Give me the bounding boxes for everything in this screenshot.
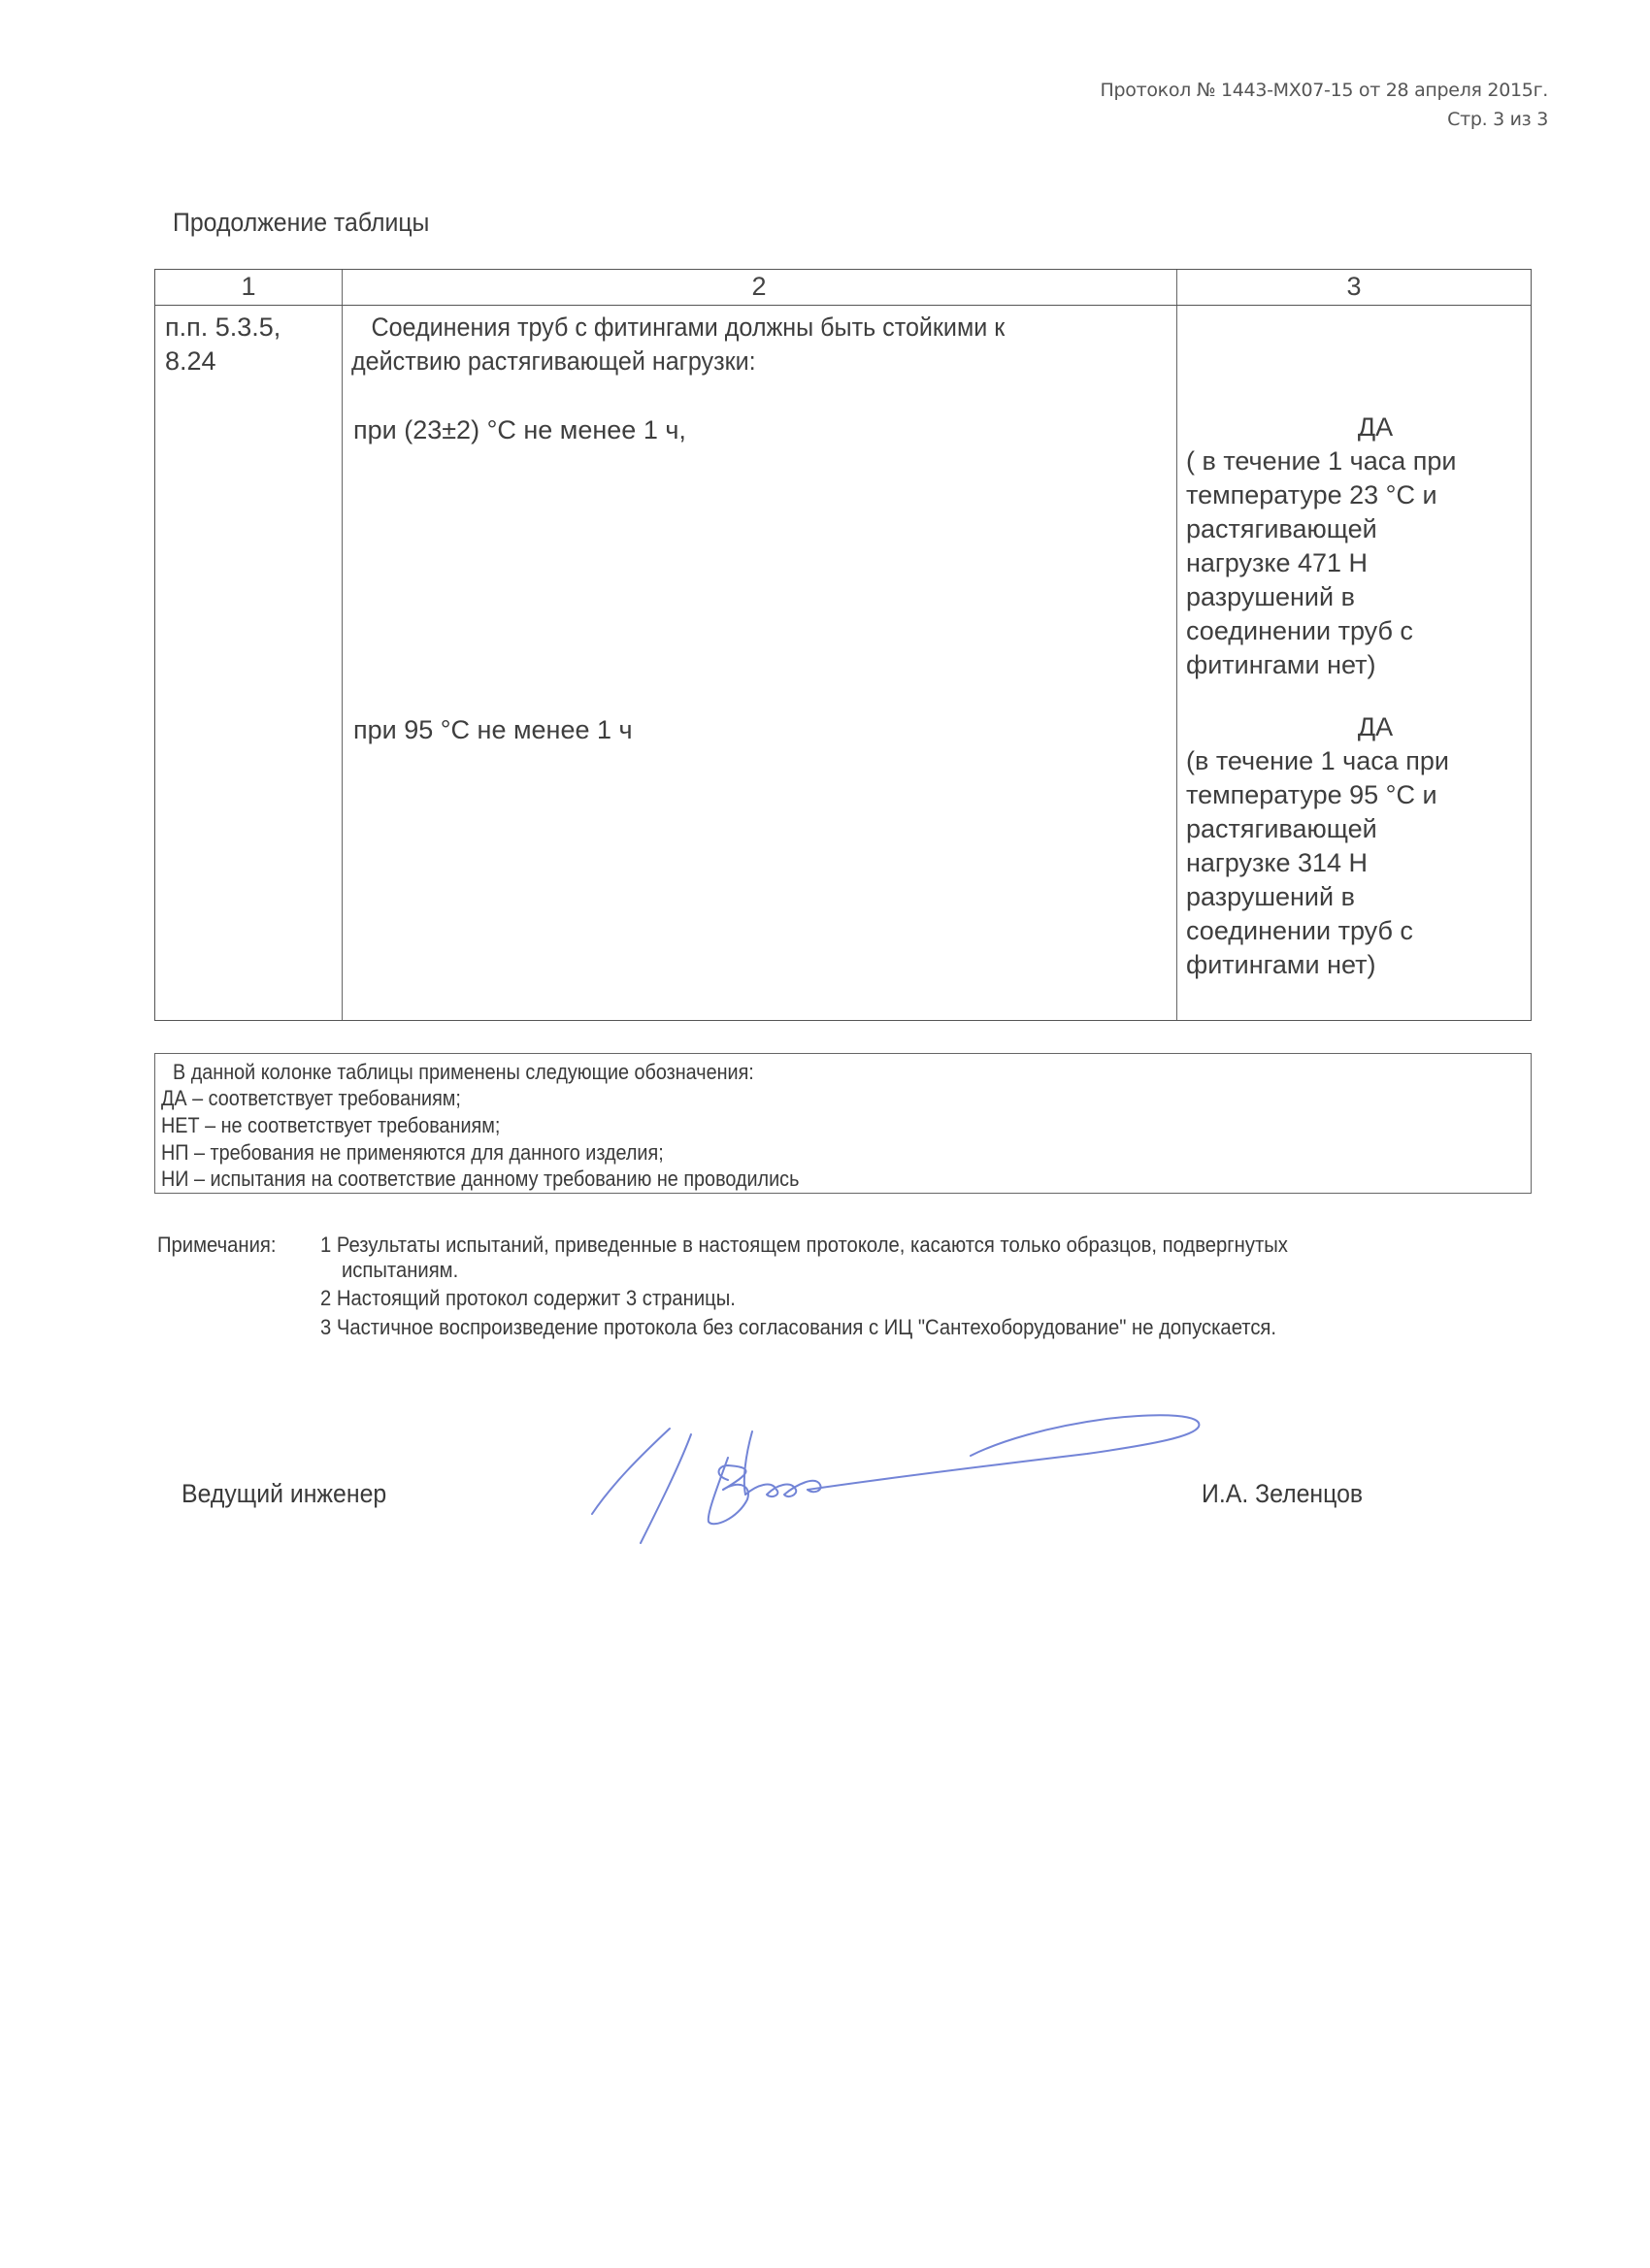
notes-label: Примечания: [157, 1233, 276, 1258]
results-table: 1 2 3 п.п. 5.3.5, 8.24 Соединения труб с… [154, 269, 1532, 1021]
clause-line: 8.24 [165, 345, 280, 378]
legend-item-no: НЕТ – не соответствует требованиям; [161, 1113, 500, 1138]
signatory-name: И.А. Зеленцов [1202, 1479, 1363, 1509]
handwritten-signature [582, 1397, 1262, 1562]
result-line: нагрузке 314 Н [1186, 846, 1526, 880]
note-1-continuation: испытаниям. [342, 1258, 458, 1283]
legend-item-not-applicable: НП – требования не применяются для данно… [161, 1140, 664, 1166]
result-line: температуре 95 °С и [1186, 778, 1526, 812]
result-line: ( в течение 1 часа при [1186, 444, 1526, 478]
result-line: фитингами нет) [1186, 948, 1526, 982]
result-line: разрушений в [1186, 580, 1526, 614]
result-95c: ДА (в течение 1 часа при температуре 95 … [1186, 710, 1526, 982]
result-line: фитингами нет) [1186, 648, 1526, 682]
result-line: нагрузке 471 Н [1186, 546, 1526, 580]
legend-item-not-tested: НИ – испытания на соответствие данному т… [161, 1167, 799, 1192]
requirement-column: Соединения труб с фитингами должны быть … [342, 270, 1176, 1020]
result-23c: ДА ( в течение 1 часа при температуре 23… [1186, 411, 1526, 682]
requirement-condition-95c: при 95 °С не менее 1 ч [353, 713, 633, 747]
clause-reference: п.п. 5.3.5, 8.24 [165, 311, 280, 378]
legend-item-yes: ДА – соответствует требованиям; [161, 1086, 461, 1111]
note-1: 1 Результаты испытаний, приведенные в на… [320, 1233, 1288, 1258]
result-line: растягивающей [1186, 512, 1526, 546]
signatory-role: Ведущий инженер [181, 1479, 386, 1509]
result-line: температуре 23 °С и [1186, 478, 1526, 512]
protocol-number-header: Протокол № 1443-МХ07-15 от 28 апреля 201… [1101, 80, 1548, 101]
legend-intro: В данной колонке таблицы применены следу… [173, 1060, 754, 1085]
result-column: ДА ( в течение 1 часа при температуре 23… [1176, 270, 1532, 1020]
result-line: (в течение 1 часа при [1186, 744, 1526, 778]
requirement-condition-23c: при (23±2) °С не менее 1 ч, [353, 413, 686, 447]
page-number: Стр. 3 из 3 [1447, 109, 1548, 130]
continuation-title: Продолжение таблицы [173, 208, 429, 238]
result-line: соединении труб с [1186, 614, 1526, 648]
note-3: 3 Частичное воспроизведение протокола бе… [320, 1315, 1276, 1340]
column-number-1: 1 [155, 272, 342, 302]
verdict: ДА [1186, 411, 1526, 444]
requirement-intro: Соединения труб с фитингами должны быть … [351, 311, 1109, 378]
result-line: растягивающей [1186, 812, 1526, 846]
legend-box: В данной колонке таблицы применены следу… [154, 1053, 1532, 1194]
result-line: разрушений в [1186, 880, 1526, 914]
verdict: ДА [1186, 710, 1526, 744]
result-line: соединении труб с [1186, 914, 1526, 948]
clause-line: п.п. 5.3.5, [165, 311, 280, 345]
note-2: 2 Настоящий протокол содержит 3 страницы… [320, 1286, 736, 1311]
